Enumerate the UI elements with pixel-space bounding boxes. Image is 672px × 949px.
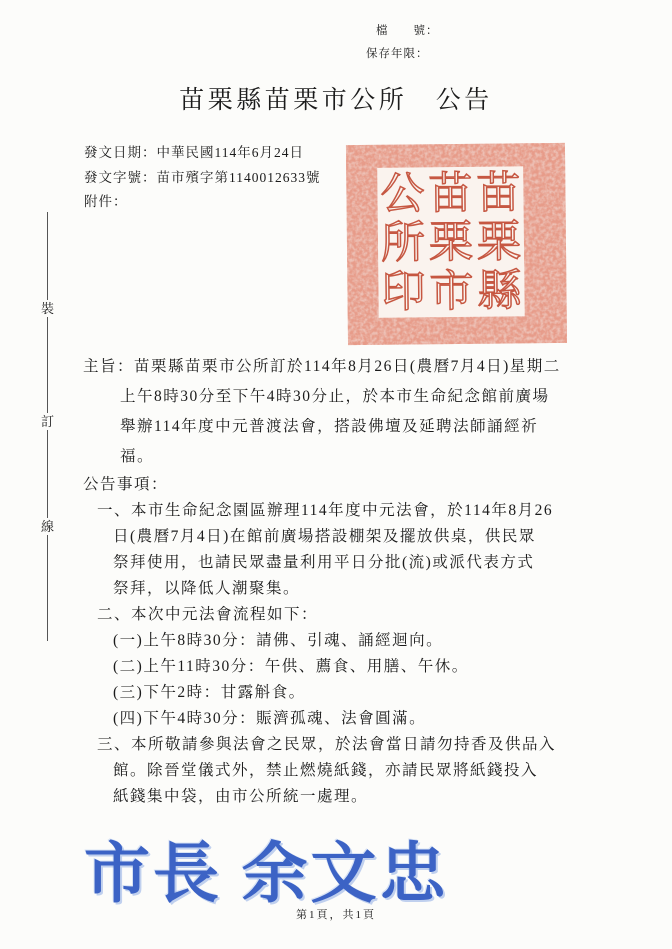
announcement-document: 檔 號： 保存年限： 苗栗縣苗栗市公所 公告 發文日期：中華民國114年6月24… xyxy=(0,0,672,949)
body-lines: 主旨：苗栗縣苗栗市公所訂於114年8月26日(農曆7月4日)星期二上午8時30分… xyxy=(83,352,628,810)
svg-text:縣: 縣 xyxy=(477,266,523,315)
page-number: 第1頁，共1頁 xyxy=(0,906,672,922)
binding-line-segment xyxy=(47,212,48,300)
binding-line: 裝 訂 線 xyxy=(41,212,54,642)
retention-period-label: 保存年限： xyxy=(366,43,439,66)
issue-date-label: 發文日期： xyxy=(84,145,157,160)
body-line: 紙錢集中袋，由市公所統一處理。 xyxy=(113,784,628,810)
file-number-label: 檔 號： xyxy=(366,20,439,43)
svg-text:所: 所 xyxy=(381,218,426,267)
body-line: 福。 xyxy=(120,442,628,472)
seal-text: 苗 栗 縣 苗 栗 市 公 所 印 xyxy=(380,168,523,316)
body-line: 公告事項： xyxy=(83,472,628,498)
doc-number-row: 發文字號：苗市殯字第1140012633號 xyxy=(84,166,321,191)
body-line: 上午8時30分至下午4時30分止，於本市生命紀念館前廣場 xyxy=(120,382,628,412)
binding-char: 裝 xyxy=(41,300,54,317)
doc-number-value: 苗市殯字第1140012633號 xyxy=(157,170,321,185)
body-line: (四)下午4時30分：賑濟孤魂、法會圓滿。 xyxy=(113,706,628,732)
binding-line-segment xyxy=(47,317,48,413)
svg-text:印: 印 xyxy=(381,267,426,316)
archive-block: 檔 號： 保存年限： xyxy=(366,20,439,66)
binding-line-segment xyxy=(47,430,48,518)
page-title: 苗栗縣苗栗市公所 公告 xyxy=(0,80,672,116)
doc-number-label: 發文字號： xyxy=(84,170,157,185)
body-line: 三、本所敬請參與法會之民眾，於法會當日請勿持香及供品入 xyxy=(97,732,628,758)
official-seal-stamp: 苗 栗 縣 苗 栗 市 公 所 印 xyxy=(342,137,573,356)
svg-text:公: 公 xyxy=(380,169,425,218)
svg-text:苗: 苗 xyxy=(476,168,521,217)
body-line: 祭拜，以降低人潮聚集。 xyxy=(113,576,628,602)
body-line: (一)上午8時30分：請佛、引魂、誦經迴向。 xyxy=(113,628,628,654)
svg-text:市: 市 xyxy=(429,267,474,316)
body-line: 祭拜使用，也請民眾盡量利用平日分批(流)或派代表方式 xyxy=(113,550,628,576)
body-line: 舉辦114年度中元普渡法會，搭設佛壇及延聘法師誦經祈 xyxy=(120,412,628,442)
issue-date-value: 中華民國114年6月24日 xyxy=(157,145,305,160)
binding-char: 線 xyxy=(41,518,54,535)
official-seal-graphic: 苗 栗 縣 苗 栗 市 公 所 印 xyxy=(342,137,573,351)
body-line: 日(農曆7月4日)在館前廣場搭設棚架及擺放供桌，供民眾 xyxy=(113,524,628,550)
svg-text:苗: 苗 xyxy=(428,169,473,218)
body-line: 一、本市生命紀念園區辦理114年度中元法會，於114年8月26 xyxy=(97,498,628,524)
body-line: 二、本次中元法會流程如下： xyxy=(97,602,628,628)
body-line: 館。除晉堂儀式外，禁止燃燒紙錢，亦請民眾將紙錢投入 xyxy=(113,758,628,784)
binding-line-segment xyxy=(47,535,48,641)
svg-text:栗: 栗 xyxy=(429,218,474,267)
binding-char: 訂 xyxy=(41,413,54,430)
body-line: (二)上午11時30分：午供、薦食、用膳、午休。 xyxy=(113,654,628,680)
mayor-signature-stamp: 市長 余文忠 xyxy=(84,820,449,915)
meta-block: 發文日期：中華民國114年6月24日 發文字號：苗市殯字第1140012633號… xyxy=(84,141,321,215)
body-line: (三)下午2時：甘露斛食。 xyxy=(113,680,628,706)
attachment-label: 附件： xyxy=(84,194,128,209)
issue-date-row: 發文日期：中華民國114年6月24日 xyxy=(84,141,321,166)
svg-text:栗: 栗 xyxy=(477,217,522,266)
body-line: 主旨：苗栗縣苗栗市公所訂於114年8月26日(農曆7月4日)星期二 xyxy=(83,352,628,382)
attachment-row: 附件： xyxy=(84,190,321,215)
